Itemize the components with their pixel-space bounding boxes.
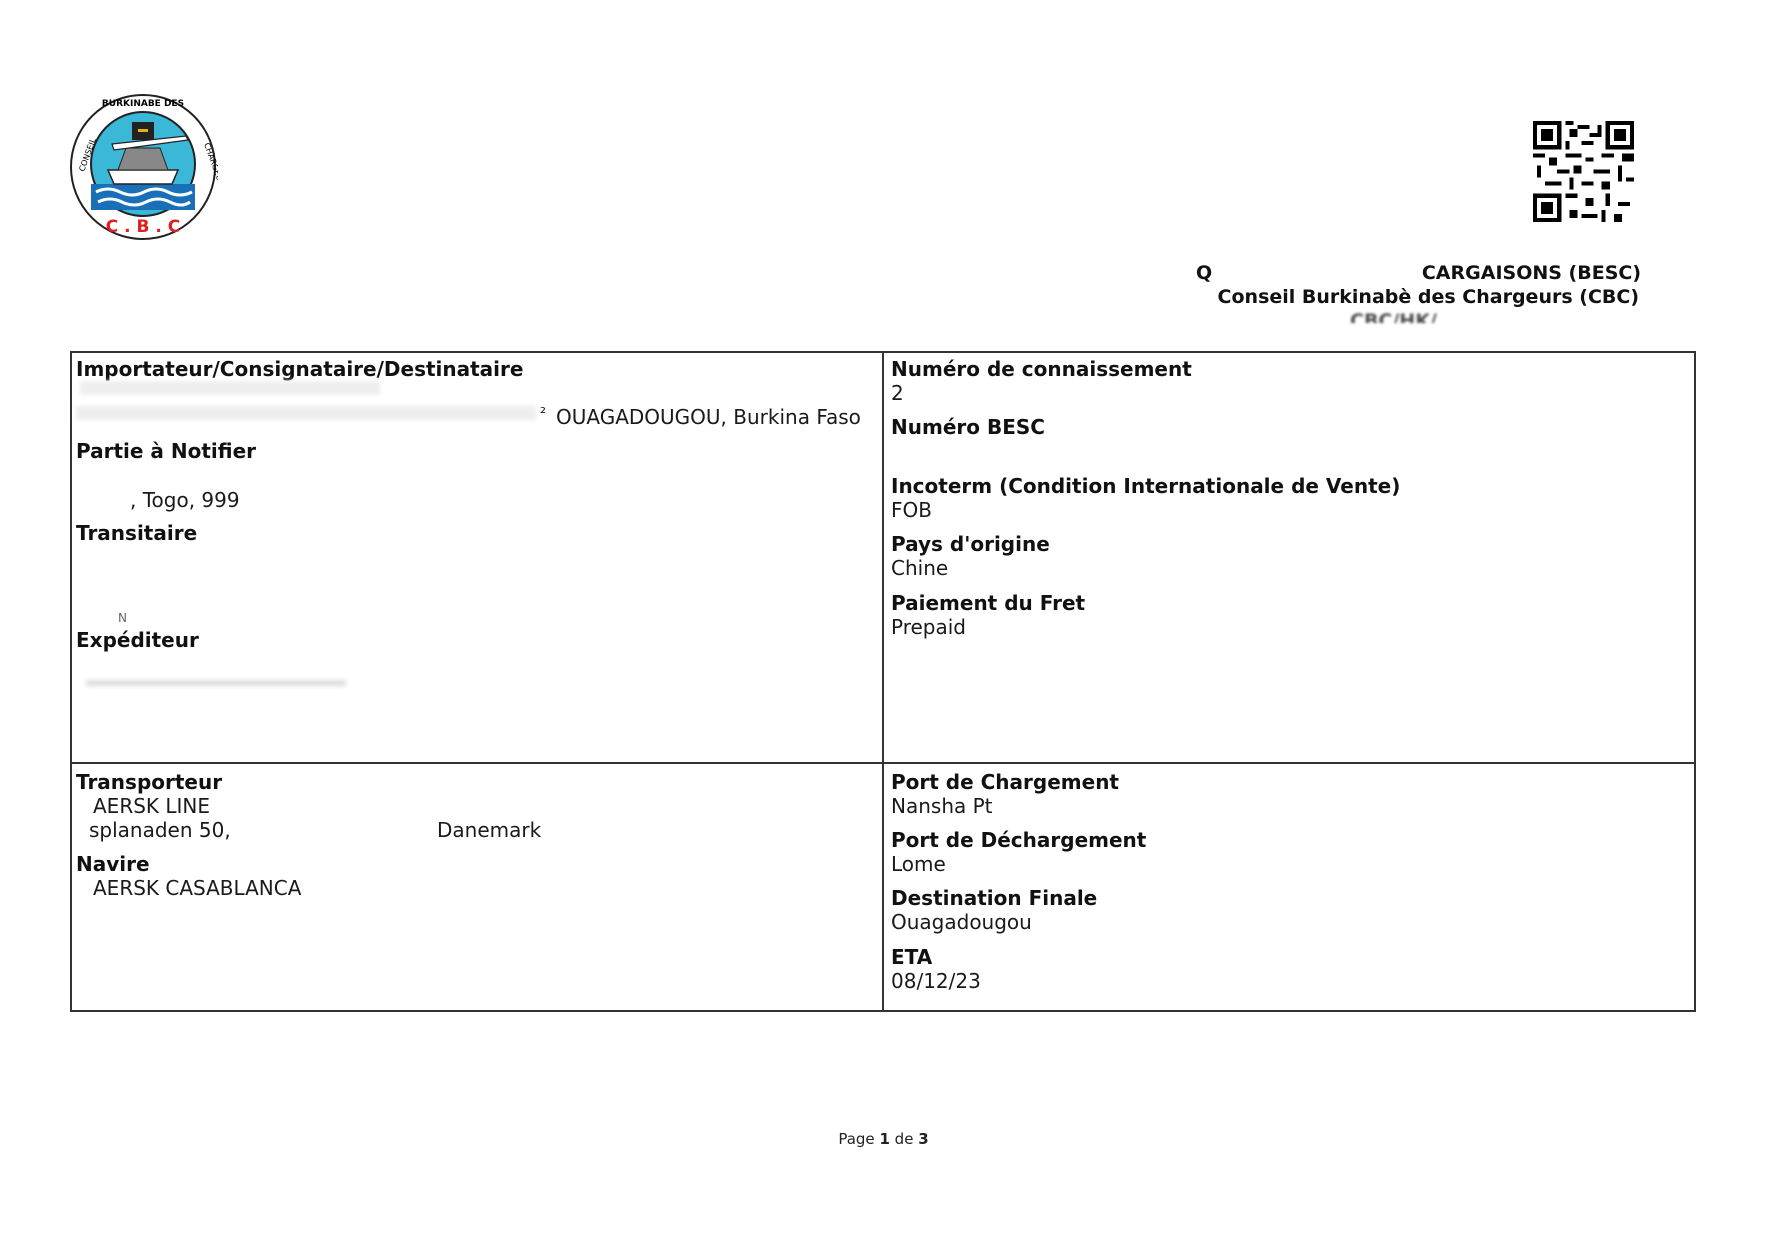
importateur-redacted: [80, 381, 380, 395]
svg-text:BURKINABE DES: BURKINABE DES: [102, 99, 184, 109]
connaissement-label: Numéro de connaissement: [891, 357, 1192, 381]
importateur-address-redacted: [76, 406, 536, 420]
svg-text:C . B . C: C . B . C: [106, 217, 181, 237]
navire-value: AERSK CASABLANCA: [93, 876, 301, 900]
row-divider: [70, 762, 1696, 764]
origine-label: Pays d'origine: [891, 532, 1050, 556]
eta-value: 08/12/23: [891, 969, 981, 993]
transporteur-label: Transporteur: [76, 770, 222, 794]
cbc-logo: BURKINABE DES CONSEIL CHARGEURS C . B . …: [68, 92, 218, 242]
incoterm-label: Incoterm (Condition Internationale de Ve…: [891, 474, 1400, 498]
partie-label: Partie à Notifier: [76, 439, 256, 463]
besc-label: Numéro BESC: [891, 415, 1045, 439]
destination-value: Ouagadougou: [891, 910, 1032, 934]
destination-label: Destination Finale: [891, 886, 1097, 910]
expediteur-label: Expéditeur: [76, 628, 199, 652]
chargement-value: Nansha Pt: [891, 794, 993, 818]
transporteur-country: Danemark: [437, 818, 541, 842]
title-line1-left: Q: [1196, 261, 1212, 285]
partie-value: , Togo, 999: [130, 488, 240, 512]
expediteur-redacted: [86, 680, 346, 686]
chargement-label: Port de Chargement: [891, 770, 1119, 794]
importateur-value: OUAGADOUGOU, Burkina Faso: [556, 405, 861, 429]
page-indicator: Page 1 de 3: [0, 1130, 1767, 1148]
dechargement-value: Lome: [891, 852, 946, 876]
incoterm-value: FOB: [891, 498, 932, 522]
title-line1-right: CARGAISONS (BESC): [1422, 261, 1641, 285]
current-page: 1: [879, 1130, 889, 1148]
transitaire-value: N: [118, 606, 127, 630]
cbc-emblem-icon: BURKINABE DES CONSEIL CHARGEURS C . B . …: [68, 92, 218, 242]
title-line2: Conseil Burkinabè des Chargeurs (CBC): [1218, 285, 1639, 309]
eta-label: ETA: [891, 945, 932, 969]
qr-code-icon: [1533, 121, 1634, 222]
fret-value: Prepaid: [891, 615, 966, 639]
origine-value: Chine: [891, 556, 948, 580]
dechargement-label: Port de Déchargement: [891, 828, 1146, 852]
importateur-label: Importateur/Consignataire/Destinataire: [76, 357, 523, 381]
fret-label: Paiement du Fret: [891, 591, 1085, 615]
transitaire-label: Transitaire: [76, 521, 197, 545]
transporteur-address: splanaden 50,: [89, 818, 231, 842]
of-word: de: [895, 1130, 914, 1148]
transporteur-name: AERSK LINE: [93, 794, 210, 818]
connaissement-value: 2: [891, 381, 904, 405]
total-pages: 3: [918, 1130, 928, 1148]
column-divider: [882, 351, 884, 1012]
superscript-mark: ²: [540, 405, 546, 421]
navire-label: Navire: [76, 852, 150, 876]
reference-number: CBC/HK/: [1350, 309, 1437, 323]
page-word: Page: [838, 1130, 874, 1148]
